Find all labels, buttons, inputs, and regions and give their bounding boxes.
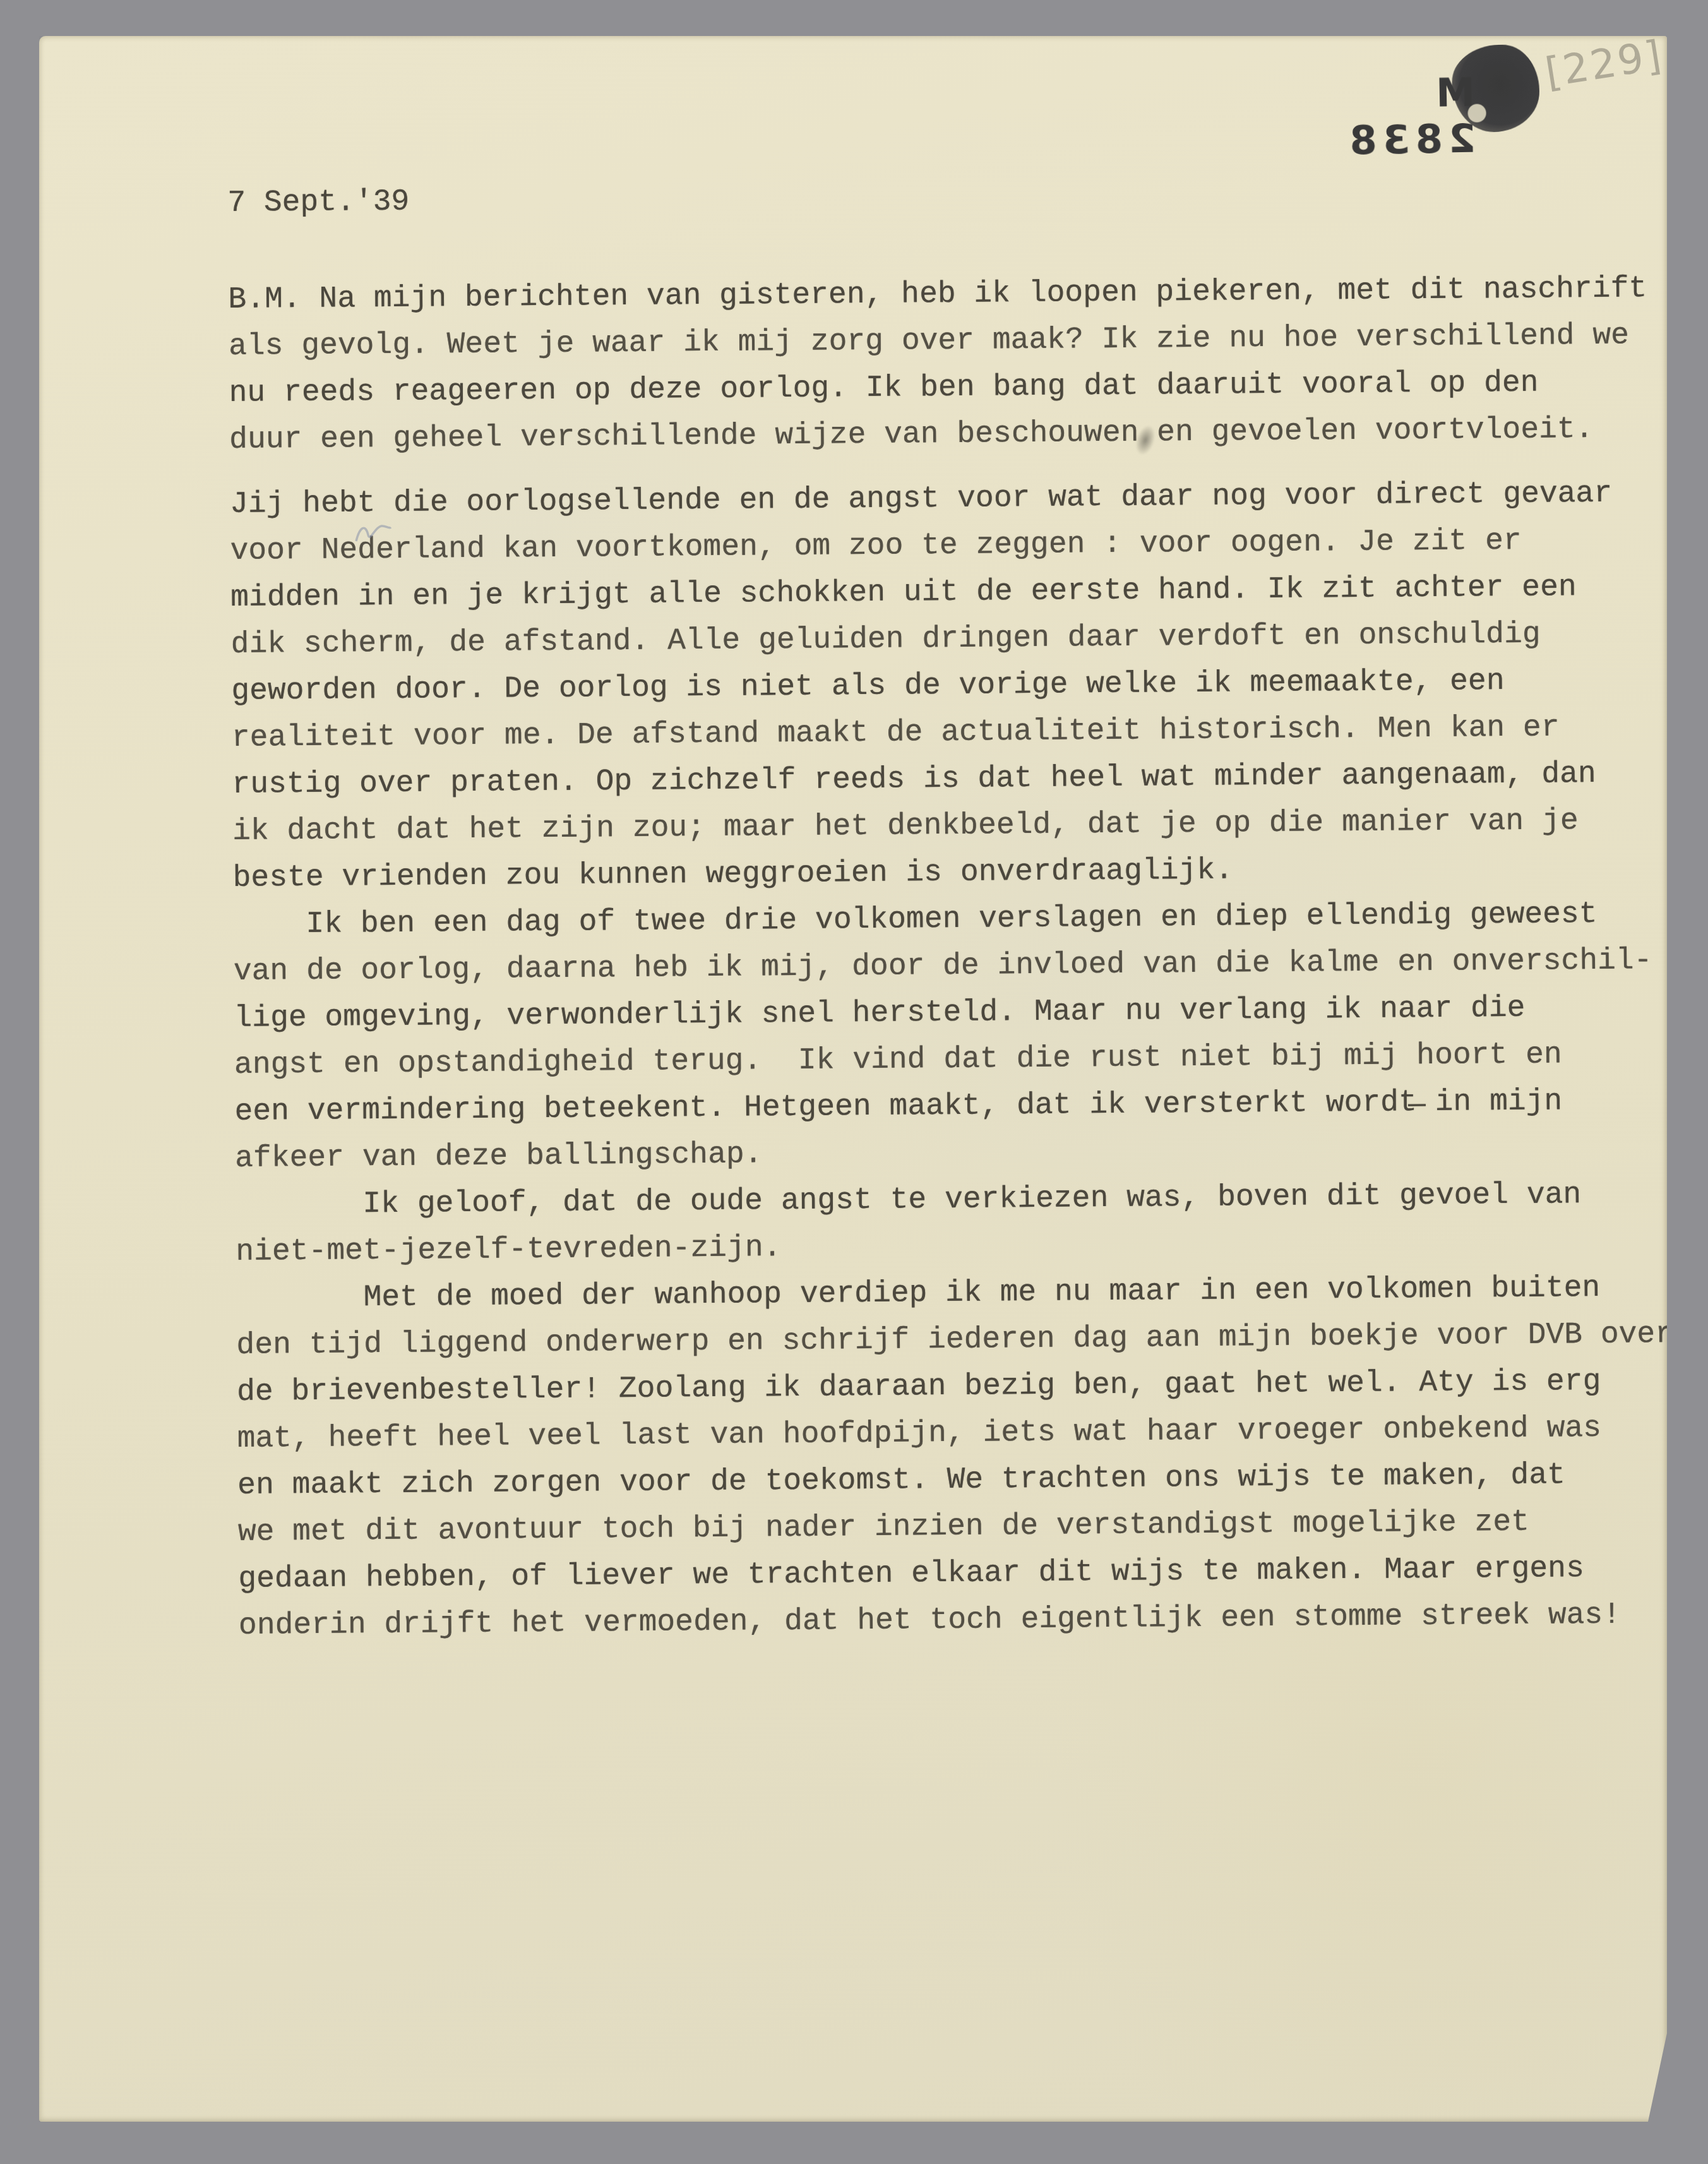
paragraph: Jij hebt die oorlogsellende en de angst … [230,470,1667,902]
paragraph: B.M. Na mijn berichten van gisteren, heb… [228,265,1667,463]
pencil-correction-mark [354,521,393,549]
stamp-text: M 2838 [1314,69,1476,164]
pencil-page-number: [229] [1542,36,1666,97]
paragraph: Ik ben een dag of twee drie volkomen ver… [233,890,1667,1182]
letter-page: M 2838 [229] 7 Sept.'39 B.M. Na mijn ber… [39,36,1667,2122]
typed-text-layer: 7 Sept.'39 B.M. Na mijn berichten van gi… [227,169,1667,1649]
letter-date: 7 Sept.'39 [227,169,1667,227]
ink-stamp: M 2838 [1314,53,1536,139]
paragraph: Ik geloof, dat de oude angst te verkieze… [235,1171,1667,1276]
scan-background: M 2838 [229] 7 Sept.'39 B.M. Na mijn ber… [0,0,1708,2164]
letter-body: B.M. Na mijn berichten van gisteren, heb… [228,265,1667,1649]
corner-crease [1655,2021,1667,2122]
paragraph: Met de moed der wanhoop verdiep ik me nu… [236,1264,1667,1649]
